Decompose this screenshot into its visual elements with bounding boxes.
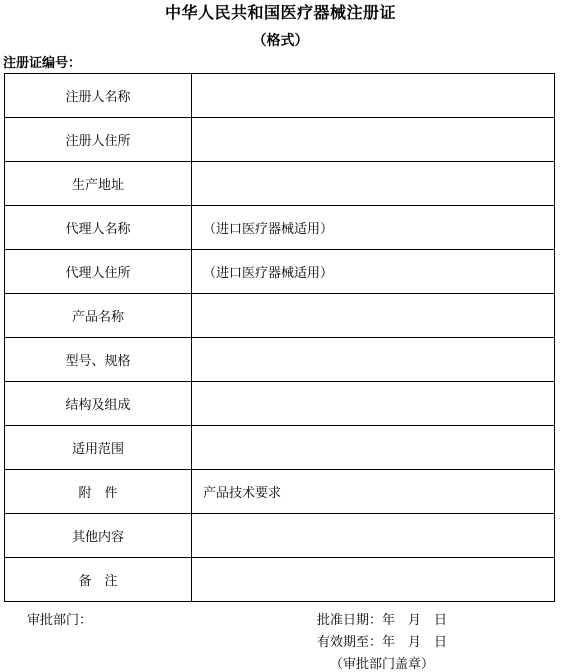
row-value: （进口医疗器械适用） (192, 206, 555, 250)
row-label: 结构及组成 (5, 382, 192, 426)
row-value (192, 294, 555, 338)
table-row: 结构及组成 (5, 382, 555, 426)
row-label: 附 件 (5, 470, 192, 514)
row-value: 产品技术要求 (192, 470, 555, 514)
table-row: 注册人名称 (5, 74, 555, 118)
row-label: 注册人名称 (5, 74, 192, 118)
table-row: 产品名称 (5, 294, 555, 338)
seal-note: （审批部门盖章） (317, 653, 447, 672)
row-value (192, 426, 555, 470)
row-label: 适用范围 (5, 426, 192, 470)
row-label: 注册人住所 (5, 118, 192, 162)
row-value: （进口医疗器械适用） (192, 250, 555, 294)
row-value (192, 514, 555, 558)
table-row: 适用范围 (5, 426, 555, 470)
approval-dates-block: 批准日期：年 月 日 有效期至：年 月 日 （审批部门盖章） (317, 609, 447, 672)
row-label: 产品名称 (5, 294, 192, 338)
row-label: 型号、规格 (5, 338, 192, 382)
document-page: 中华人民共和国医疗器械注册证 （格式） 注册证编号： 注册人名称 注册人住所 生… (0, 0, 561, 672)
valid-until-line: 有效期至：年 月 日 (317, 631, 447, 653)
approval-department-label: 审批部门： (27, 609, 92, 631)
row-label: 代理人住所 (5, 250, 192, 294)
row-value (192, 338, 555, 382)
approval-date-line: 批准日期：年 月 日 (317, 609, 447, 631)
table-row: 备 注 (5, 558, 555, 602)
table-row: 附 件 产品技术要求 (5, 470, 555, 514)
row-label: 其他内容 (5, 514, 192, 558)
row-value (192, 162, 555, 206)
row-value (192, 382, 555, 426)
row-label: 生产地址 (5, 162, 192, 206)
table-row: 代理人名称 （进口医疗器械适用） (5, 206, 555, 250)
table-row: 注册人住所 (5, 118, 555, 162)
table-row: 其他内容 (5, 514, 555, 558)
document-title: 中华人民共和国医疗器械注册证 (0, 4, 561, 23)
table-row: 代理人住所 （进口医疗器械适用） (5, 250, 555, 294)
table-row: 型号、规格 (5, 338, 555, 382)
row-value (192, 74, 555, 118)
table-row: 生产地址 (5, 162, 555, 206)
registration-table: 注册人名称 注册人住所 生产地址 代理人名称 （进口医疗器械适用） 代理人住所 … (4, 73, 555, 602)
row-value (192, 558, 555, 602)
row-label: 备 注 (5, 558, 192, 602)
row-label: 代理人名称 (5, 206, 192, 250)
document-subtitle: （格式） (0, 32, 561, 49)
certificate-number-label: 注册证编号： (3, 55, 561, 71)
row-value (192, 118, 555, 162)
